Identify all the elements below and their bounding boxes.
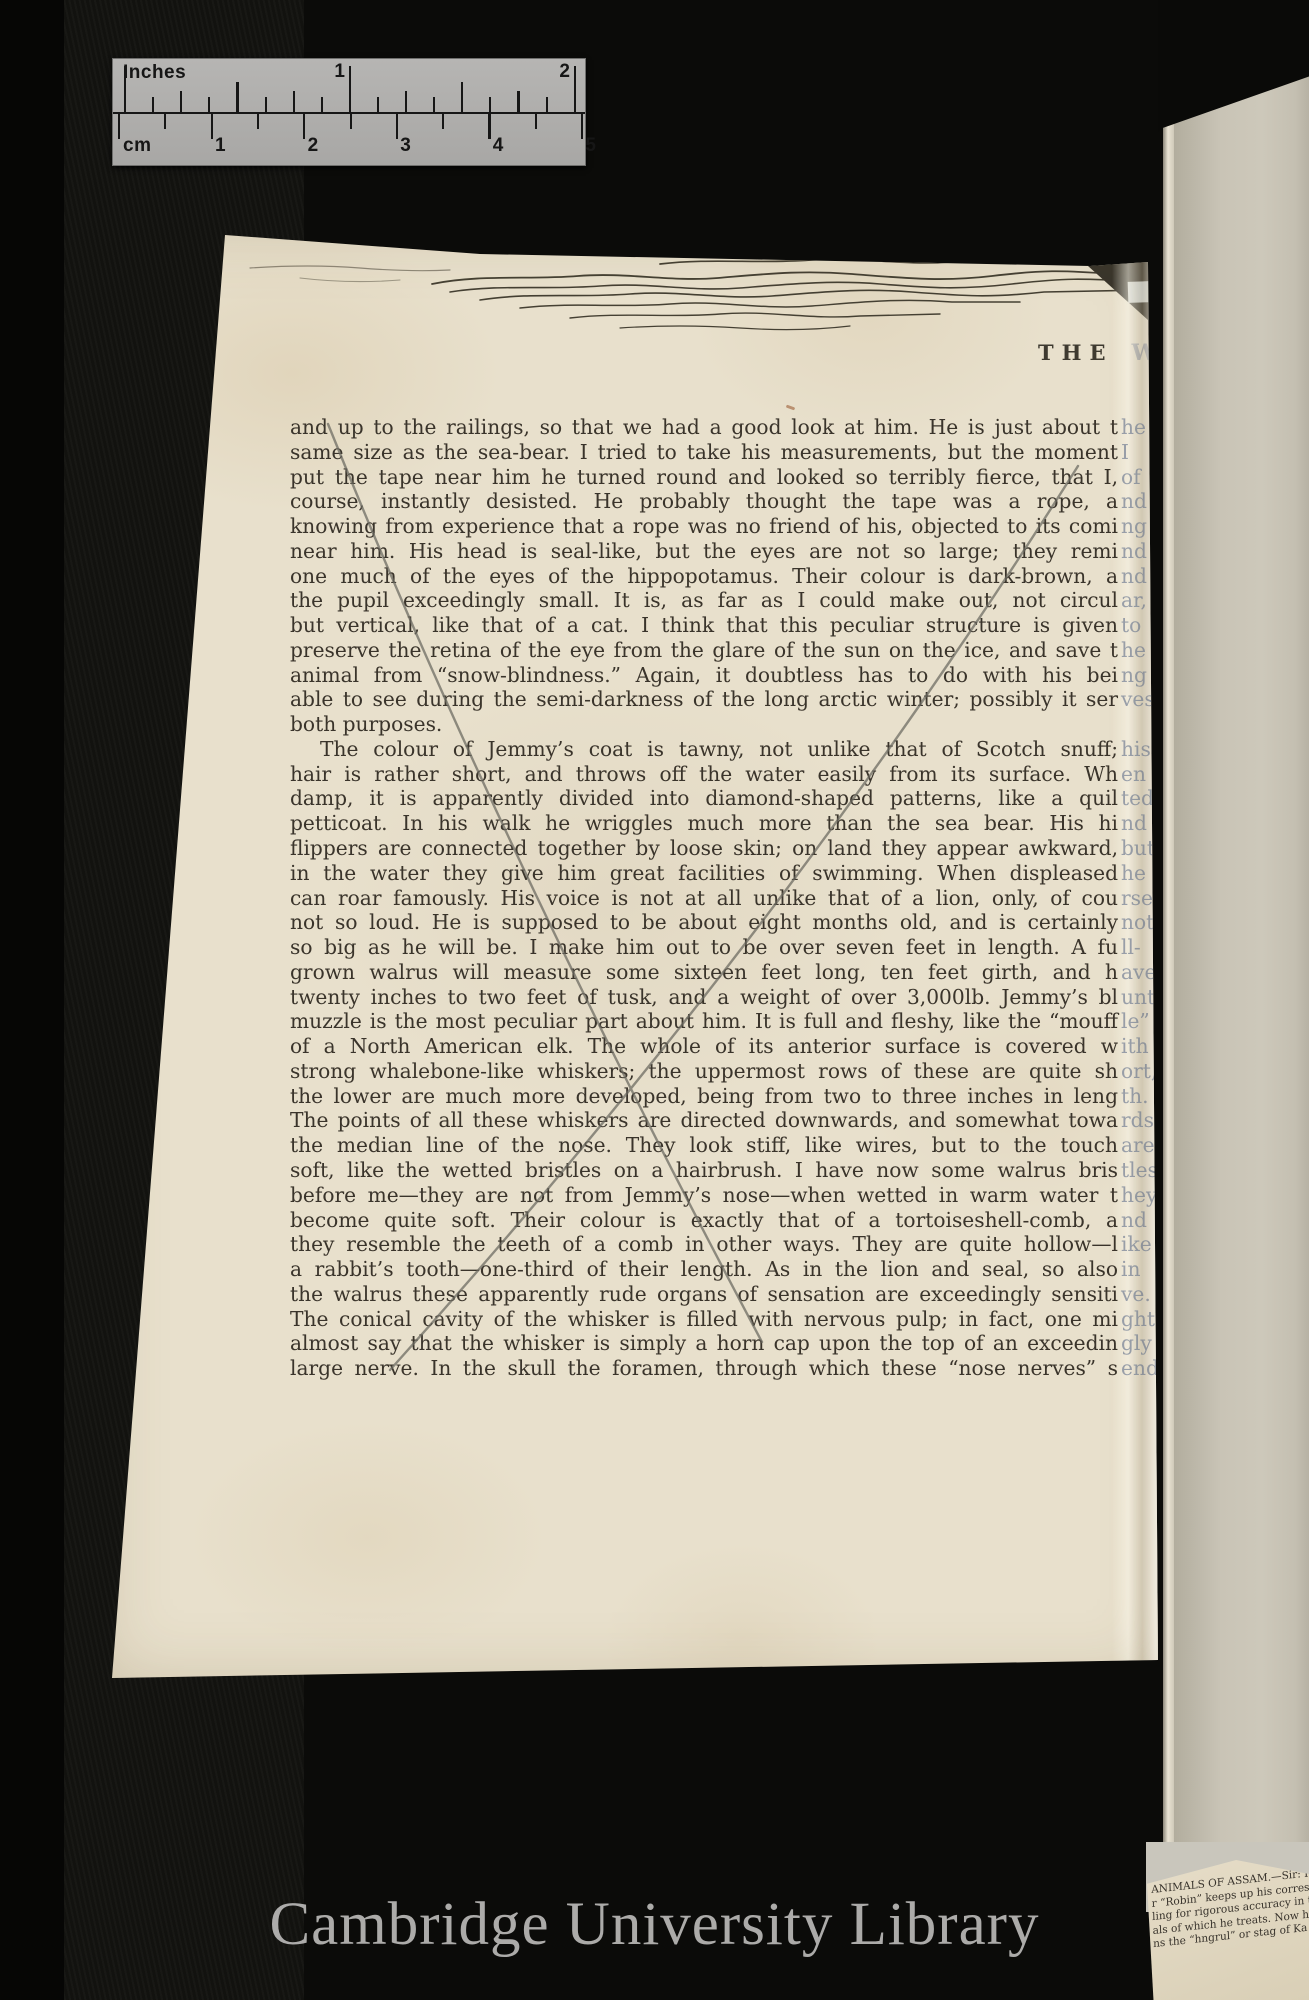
article-line-faded-continuation: ike	[1121, 1232, 1152, 1256]
article-line-main: twenty inches to two feet of tusk, and a…	[290, 985, 1118, 1009]
article-line-main: in the water they give him great facilit…	[290, 861, 1118, 885]
page-header-title: THE	[1038, 340, 1113, 365]
ruler-tick	[574, 66, 576, 112]
ruler-tick	[349, 66, 351, 112]
article-line-faded-continuation: he	[1121, 415, 1146, 439]
ruler-tick	[405, 91, 407, 112]
ruler-cm-label: cm	[123, 135, 151, 157]
article-line-faded-continuation: tles	[1121, 1158, 1158, 1182]
ruler-tick	[152, 97, 154, 112]
article-line: preserve the retina of the eye from the …	[290, 638, 1170, 663]
article-line: of a North American elk. The whole of it…	[290, 1034, 1170, 1059]
article-line-main: before me—they are not from Jemmy’s nose…	[290, 1183, 1118, 1207]
article-line: muzzle is the most peculiar part about h…	[290, 1009, 1170, 1034]
ruler-tick	[433, 97, 435, 112]
article-line-main: become quite soft. Their colour is exact…	[290, 1208, 1118, 1232]
adjacent-page-strip	[1174, 0, 1309, 2000]
article-line-main: near him. His head is seal-like, but the…	[290, 539, 1118, 563]
article-line-faded-continuation: he	[1121, 638, 1146, 662]
article-line-faded-continuation: ght	[1121, 1307, 1155, 1331]
article-line: the walrus these apparently rude organs …	[290, 1282, 1170, 1307]
ruler-inches-label: Inches	[123, 62, 186, 84]
article-line-main: they resemble the teeth of a comb in oth…	[290, 1232, 1118, 1256]
ruler-tick	[546, 97, 548, 112]
article-line: the median line of the nose. They look s…	[290, 1133, 1170, 1158]
article-line-main: strong whalebone-like whiskers; the uppe…	[290, 1059, 1118, 1083]
article-line-main: one much of the eyes of the hippopotamus…	[290, 564, 1118, 588]
article-line: can roar famously. His voice is not at a…	[290, 886, 1170, 911]
article-line-faded-continuation: nd	[1121, 1208, 1147, 1232]
article-line-main: knowing from experience that a rope was …	[290, 514, 1118, 538]
article-line-main: the walrus these apparently rude organs …	[290, 1282, 1118, 1306]
ruler-tick	[377, 97, 379, 112]
article-line: and up to the railings, so that we had a…	[290, 415, 1170, 440]
article-line-main: soft, like the wetted bristles on a hair…	[290, 1158, 1118, 1182]
article-line-main: able to see during the semi-darkness of …	[290, 687, 1118, 711]
article-line-faded-continuation: en	[1121, 762, 1146, 786]
article-line-main: can roar famously. His voice is not at a…	[290, 886, 1118, 910]
article-line: petticoat. In his walk he wriggles much …	[290, 811, 1170, 836]
article-line-faded-continuation: ll-	[1121, 935, 1141, 959]
ruler-inch-number: 1	[321, 61, 345, 83]
ruler-tick	[396, 114, 398, 139]
article-line-faded-continuation: his	[1121, 737, 1151, 761]
article-line-faded-continuation: end	[1121, 1356, 1159, 1380]
article-line: the pupil exceedingly small. It is, as f…	[290, 588, 1170, 613]
article-line-main: preserve the retina of the eye from the …	[290, 638, 1118, 662]
ruler-cm-number: 1	[215, 135, 226, 157]
article-line-faded-continuation: th.	[1121, 1084, 1149, 1108]
article-line-main: almost say that the whisker is simply a …	[290, 1331, 1118, 1355]
article-line-faded-continuation: gly	[1121, 1331, 1152, 1355]
article-line: large nerve. In the skull the foramen, t…	[290, 1356, 1170, 1381]
article-line-main: same size as the sea-bear. I tried to ta…	[290, 440, 1118, 464]
article-line: both purposes.	[290, 712, 1170, 737]
article-line-faded-continuation: ar,	[1121, 588, 1147, 612]
article-line: The points of all these whiskers are dir…	[290, 1108, 1170, 1133]
ruler-tick	[461, 82, 463, 112]
article-line-faded-continuation: ith	[1121, 1034, 1149, 1058]
article-line-main: but vertical, like that of a cat. I thin…	[290, 613, 1118, 637]
ruler-tick	[517, 91, 519, 112]
ruler-tick	[535, 114, 537, 129]
ruler-tick	[293, 91, 295, 112]
ruler-tick	[124, 66, 126, 112]
article-line-main: The points of all these whiskers are dir…	[290, 1108, 1118, 1132]
article-line-main: both purposes.	[290, 712, 1118, 736]
ruler-tick	[303, 114, 305, 139]
article-line-main: the lower are much more developed, being…	[290, 1084, 1118, 1108]
article-line-main: muzzle is the most peculiar part about h…	[290, 1009, 1118, 1033]
ruler-tick	[257, 114, 259, 129]
article-line-faded-continuation: I	[1121, 440, 1129, 464]
article-line-main: not so loud. He is supposed to be about …	[290, 910, 1118, 934]
article-line-main: so big as he will be. I make him out to …	[290, 935, 1118, 959]
ruler-cm-number: 4	[493, 135, 504, 157]
article-line-faded-continuation: nd	[1121, 564, 1147, 588]
article-line: almost say that the whisker is simply a …	[290, 1331, 1170, 1356]
article-line-main: The colour of Jemmy’s coat is tawny, not…	[290, 737, 1118, 761]
article-line: twenty inches to two feet of tusk, and a…	[290, 985, 1170, 1010]
article-line: near him. His head is seal-like, but the…	[290, 539, 1170, 564]
article-line: flippers are connected together by loose…	[290, 836, 1170, 861]
article-line-main: large nerve. In the skull the foramen, t…	[290, 1356, 1118, 1380]
article-line-faded-continuation: in	[1121, 1257, 1140, 1281]
ruler-tick	[321, 97, 323, 112]
article-line: become quite soft. Their colour is exact…	[290, 1208, 1170, 1233]
article-line: a rabbit’s tooth—one-third of their leng…	[290, 1257, 1170, 1282]
article-line: so big as he will be. I make him out to …	[290, 935, 1170, 960]
article-line-main: a rabbit’s tooth—one-third of their leng…	[290, 1257, 1118, 1281]
article-line-main: flippers are connected together by loose…	[290, 836, 1118, 860]
article-line-main: of a North American elk. The whole of it…	[290, 1034, 1118, 1058]
ruler-tick	[208, 97, 210, 112]
article-line-main: the median line of the nose. They look s…	[290, 1133, 1118, 1157]
article-line-main: petticoat. In his walk he wriggles much …	[290, 811, 1118, 835]
article-line-main: put the tape near him he turned round an…	[290, 465, 1118, 489]
ruler-tick	[265, 97, 267, 112]
article-line: knowing from experience that a rope was …	[290, 514, 1170, 539]
clipping-page: THEW and up to the railings, so that we …	[100, 228, 1170, 1683]
library-watermark: Cambridge University Library	[0, 1890, 1309, 1960]
article-line: soft, like the wetted bristles on a hair…	[290, 1158, 1170, 1183]
article-line-faded-continuation: but	[1121, 836, 1155, 860]
ruler-tick	[350, 114, 352, 129]
article-line: put the tape near him he turned round an…	[290, 465, 1170, 490]
article-line: before me—they are not from Jemmy’s nose…	[290, 1183, 1170, 1208]
article-line-main: damp, it is apparently divided into diam…	[290, 786, 1118, 810]
adjacent-page-edge-sliver	[1163, 0, 1174, 2000]
ruler-cm-number: 3	[400, 135, 411, 157]
article-line-faded-continuation: ted	[1121, 786, 1154, 810]
article-line: strong whalebone-like whiskers; the uppe…	[290, 1059, 1170, 1084]
ruler-tick	[180, 91, 182, 112]
article-line: in the water they give him great facilit…	[290, 861, 1170, 886]
ruler-cm-number: 2	[308, 135, 319, 157]
ruler-tick	[164, 114, 166, 129]
article-line: not so loud. He is supposed to be about …	[290, 910, 1170, 935]
article-line-main: grown walrus will measure some sixteen f…	[290, 960, 1118, 984]
background-cloth-dark-band	[0, 0, 64, 2000]
ruler-tick	[211, 114, 213, 139]
ruler-inch-number: 2	[546, 61, 570, 83]
article-line: the lower are much more developed, being…	[290, 1084, 1170, 1109]
article-line-faded-continuation: nd	[1121, 489, 1147, 513]
article-line-faded-continuation: he	[1121, 861, 1146, 885]
article-line-faded-continuation: nd	[1121, 539, 1147, 563]
engraving-fragment	[100, 228, 1170, 348]
ruler-tick	[488, 114, 490, 139]
article-line: The colour of Jemmy’s coat is tawny, not…	[290, 737, 1170, 762]
article-line-main: The conical cavity of the whisker is fil…	[290, 1307, 1118, 1331]
article-line: but vertical, like that of a cat. I thin…	[290, 613, 1170, 638]
paper-speck	[786, 405, 795, 411]
article-line-main: and up to the railings, so that we had a…	[290, 415, 1118, 439]
article-line: The conical cavity of the whisker is fil…	[290, 1307, 1170, 1332]
article-line-faded-continuation: unt	[1121, 985, 1155, 1009]
ruler: Inches cm 1212345	[112, 58, 586, 166]
article-line-faded-continuation: hey	[1121, 1183, 1157, 1207]
ruler-tick	[442, 114, 444, 129]
article-line: damp, it is apparently divided into diam…	[290, 786, 1170, 811]
ruler-tick	[581, 114, 583, 139]
article-line-main: course, instantly desisted. He probably …	[290, 489, 1118, 513]
ruler-tick	[236, 82, 238, 112]
article-line-faded-continuation: not	[1121, 910, 1154, 934]
article-line-faded-continuation: rse,	[1121, 886, 1159, 910]
article-line-faded-continuation: rds	[1121, 1108, 1154, 1132]
article-line-faded-continuation: to	[1121, 613, 1141, 637]
article-line: same size as the sea-bear. I tried to ta…	[290, 440, 1170, 465]
article-line: one much of the eyes of the hippopotamus…	[290, 564, 1170, 589]
article-line-faded-continuation: ort,	[1121, 1059, 1157, 1083]
article-line-faded-continuation: ng	[1121, 514, 1147, 538]
article-line: grown walrus will measure some sixteen f…	[290, 960, 1170, 985]
article-line-faded-continuation: ng	[1121, 663, 1147, 687]
ruler-tick	[489, 97, 491, 112]
article-line-main: animal from “snow-blindness.” Again, it …	[290, 663, 1118, 687]
article-text: and up to the railings, so that we had a…	[290, 415, 1170, 1381]
article-line-faded-continuation: nd	[1121, 811, 1147, 835]
article-line-faded-continuation: are	[1121, 1133, 1155, 1157]
article-line-faded-continuation: le”	[1121, 1009, 1150, 1033]
article-line: animal from “snow-blindness.” Again, it …	[290, 663, 1170, 688]
article-line-faded-continuation: ves	[1121, 687, 1155, 711]
ruler-tick	[118, 114, 120, 139]
article-line: course, instantly desisted. He probably …	[290, 489, 1170, 514]
ruler-cm-number: 5	[585, 135, 596, 157]
article-line-faded-continuation: of	[1121, 465, 1141, 489]
article-line-main: hair is rather short, and throws off the…	[290, 762, 1118, 786]
article-line-main: the pupil exceedingly small. It is, as f…	[290, 588, 1118, 612]
article-line: they resemble the teeth of a comb in oth…	[290, 1232, 1170, 1257]
article-line: hair is rather short, and throws off the…	[290, 762, 1170, 787]
article-line-faded-continuation: ve.	[1121, 1282, 1151, 1306]
article-line: able to see during the semi-darkness of …	[290, 687, 1170, 712]
article-line-faded-continuation: ave	[1121, 960, 1156, 984]
